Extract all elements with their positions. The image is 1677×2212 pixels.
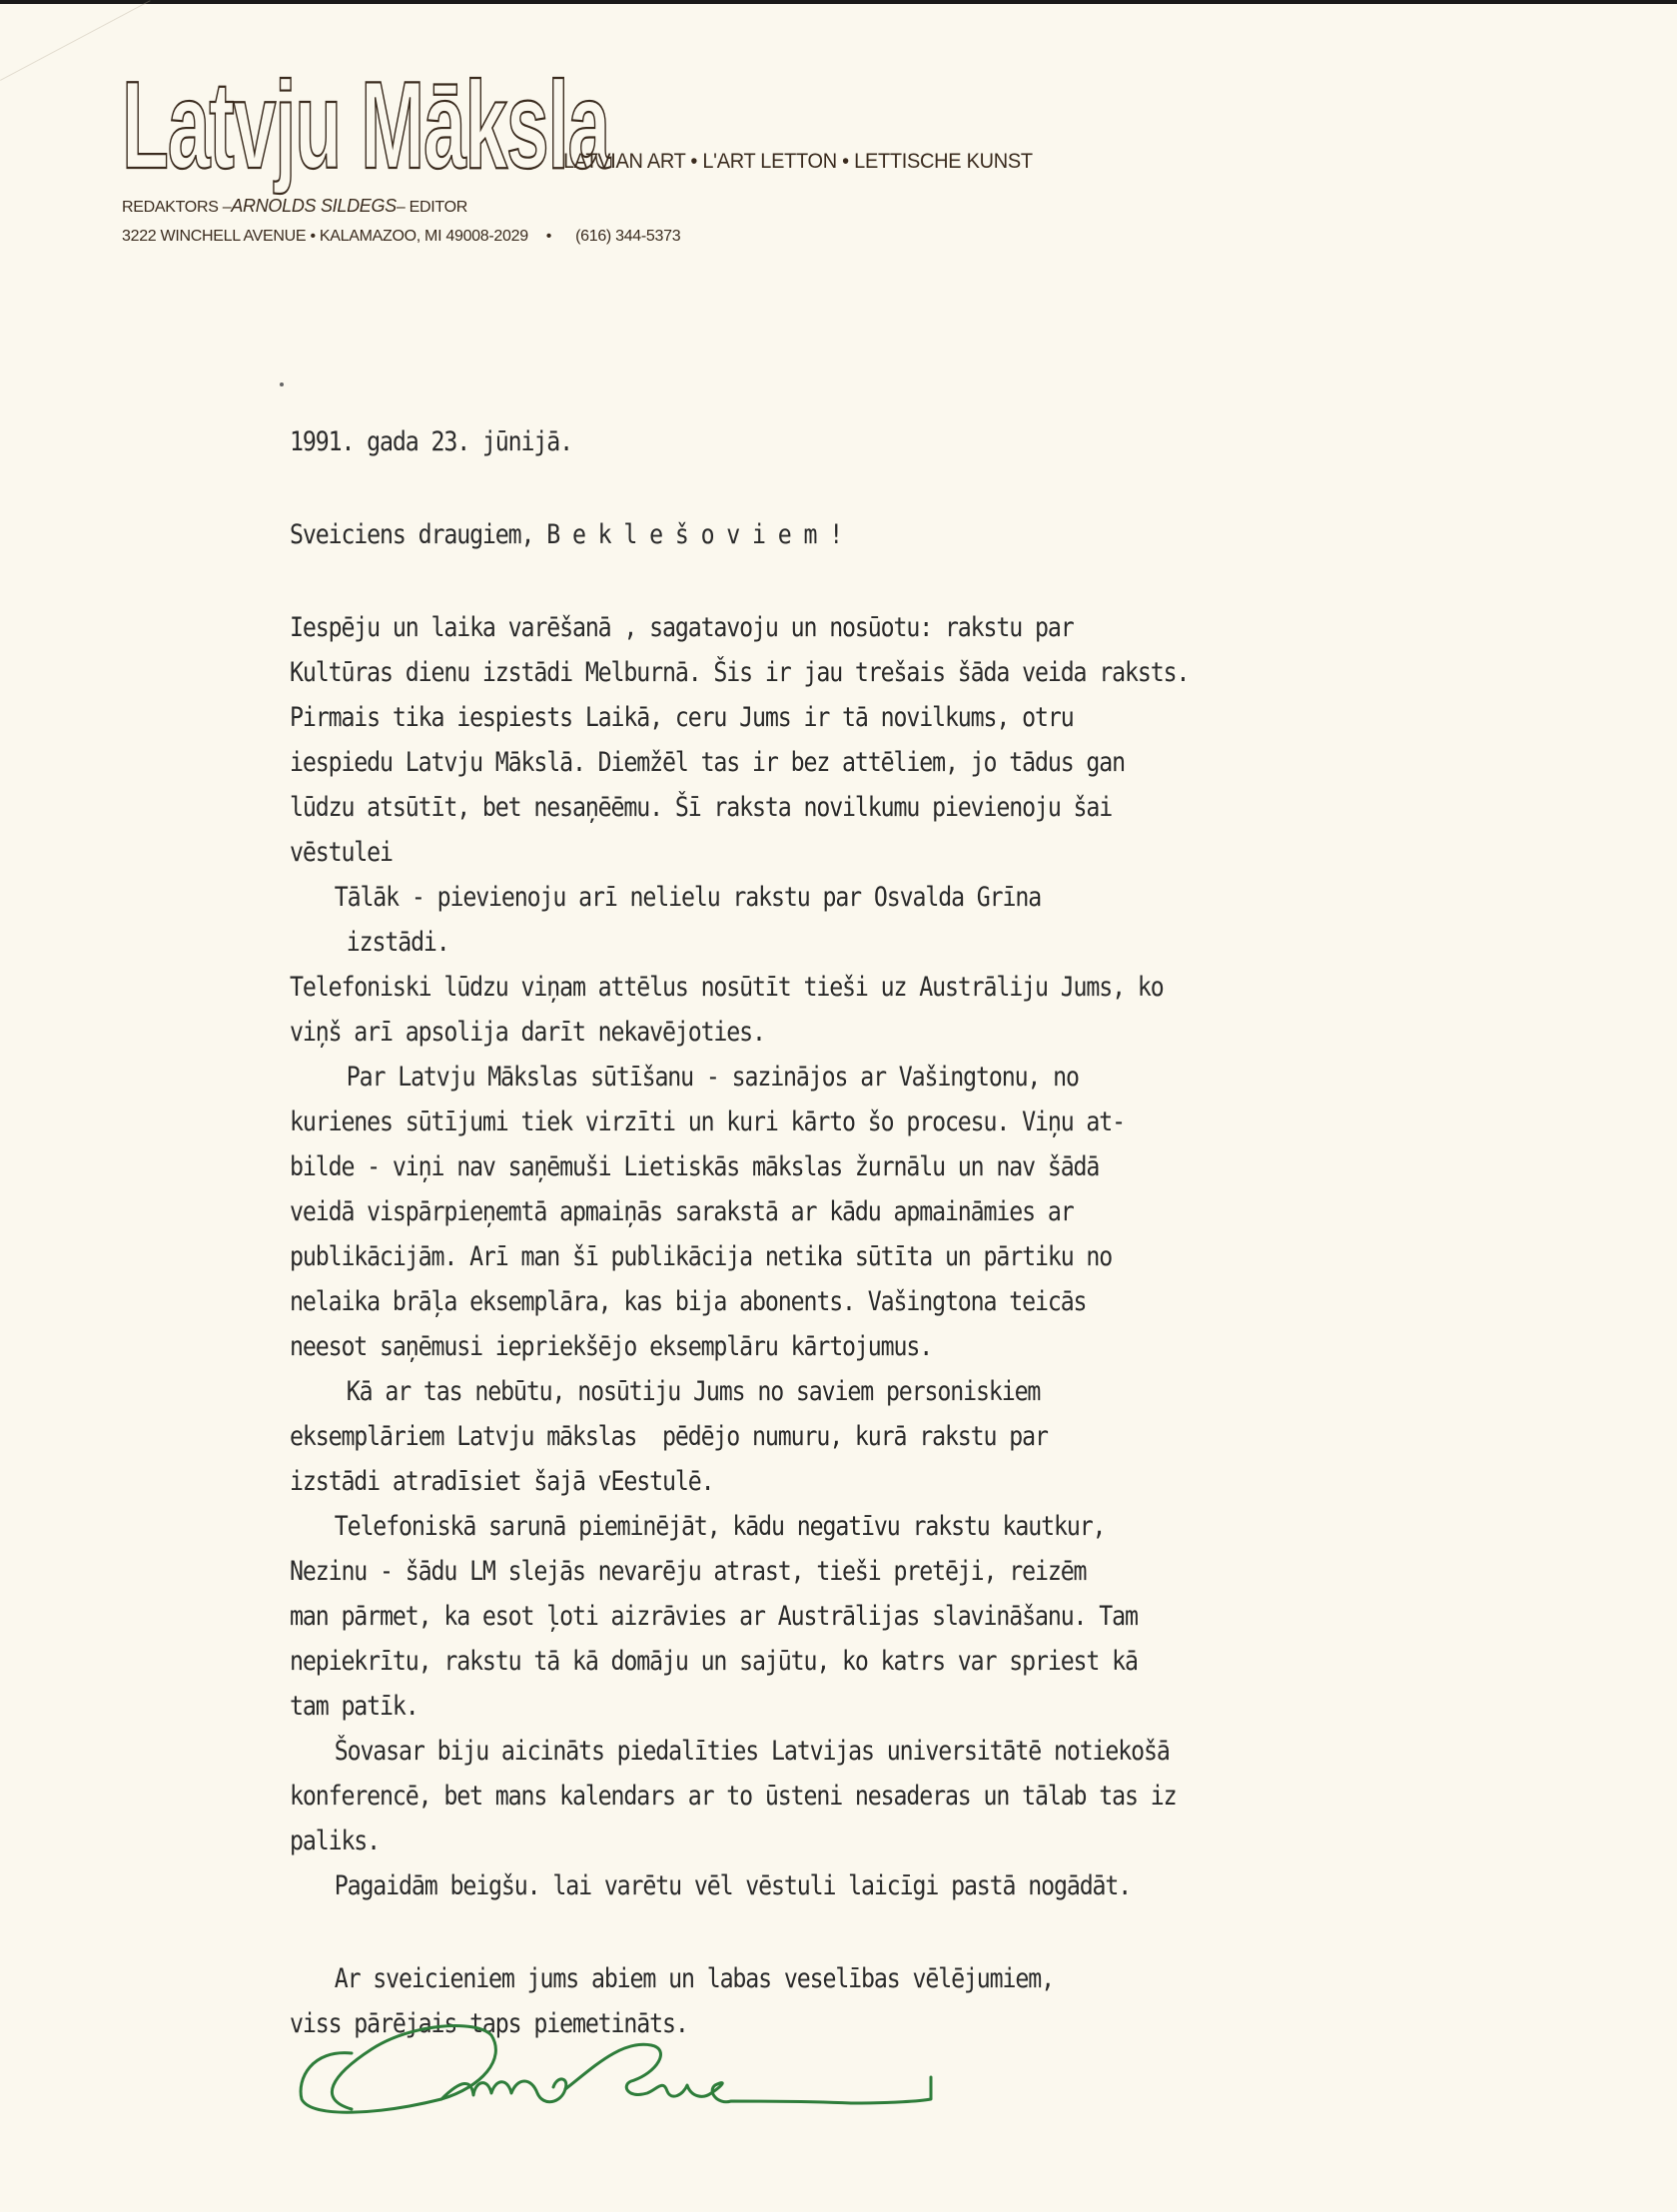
postal-address: 3222 WINCHELL AVENUE • KALAMAZOO, MI 490… bbox=[122, 228, 528, 245]
letter-line: Pirmais tika iespiests Laikā, ceru Jums … bbox=[290, 695, 1372, 740]
letter-line: eksemplāriem Latvju mākslas pēdējo numur… bbox=[290, 1414, 1372, 1459]
letter-line: izstādi. bbox=[290, 920, 1372, 965]
letter-line: nelaika brāļa eksemplāra, kas bija abone… bbox=[290, 1279, 1372, 1324]
paper-speck bbox=[280, 382, 284, 386]
letter-body: 1991. gada 23. jūnijā. Sveiciens draugie… bbox=[290, 419, 1372, 2046]
letter-line: viņš arī apsolija darīt nekavējoties. bbox=[290, 1010, 1372, 1055]
letter-line: paliks. bbox=[290, 1819, 1372, 1863]
letter-line: Nezinu - šādu LM slejās nevarēju atrast,… bbox=[290, 1549, 1372, 1594]
letter-greeting: Sveiciens draugiem, B e k l e š o v i e … bbox=[290, 512, 1372, 557]
letter-line: Ar sveicieniem jums abiem un labas vesel… bbox=[290, 1956, 1372, 2001]
letter-line: Tālāk - pievienoju arī nelielu rakstu pa… bbox=[290, 875, 1372, 920]
letter-line: man pārmet, ka esot ļoti aizrāvies ar Au… bbox=[290, 1594, 1372, 1639]
letter-line: Iespēju un laika varēšanā , sagatavoju u… bbox=[290, 605, 1372, 650]
letter-line: publikācijām. Arī man šī publikācija net… bbox=[290, 1234, 1372, 1279]
letter-line: nepiekrītu, rakstu tā kā domāju un sajūt… bbox=[290, 1639, 1372, 1684]
letter-line: bilde - viņi nav saņēmuši Lietiskās māks… bbox=[290, 1144, 1372, 1189]
handwritten-signature bbox=[292, 2019, 951, 2139]
letter-line: Kā ar tas nebūtu, nosūtiju Jums no savie… bbox=[290, 1369, 1372, 1414]
address-line: 3222 WINCHELL AVENUE • KALAMAZOO, MI 490… bbox=[122, 228, 680, 246]
phone-number: (616) 344-5373 bbox=[575, 228, 680, 245]
letter-line: tam patīk. bbox=[290, 1684, 1372, 1729]
letter-line: izstādi atradīsiet šajā vEestulē. bbox=[290, 1459, 1372, 1504]
letter-date: 1991. gada 23. jūnijā. bbox=[290, 419, 1372, 464]
letter-line: vēstulei bbox=[290, 830, 1372, 875]
letter-paragraphs: Iespēju un laika varēšanā , sagatavoju u… bbox=[290, 605, 1372, 1908]
publication-logo: Latvju Māksla bbox=[122, 64, 609, 188]
letter-line: Telefoniskā sarunā pieminējāt, kādu nega… bbox=[290, 1504, 1372, 1549]
letter-line: Kultūras dienu izstādi Melburnā. Šis ir … bbox=[290, 650, 1372, 695]
letter-line: kurienes sūtījumi tiek virzīti un kuri k… bbox=[290, 1100, 1372, 1144]
bullet-separator: • bbox=[546, 228, 551, 245]
editor-suffix: – EDITOR bbox=[397, 199, 467, 216]
scan-top-edge bbox=[0, 0, 1677, 4]
editor-name: ARNOLDS SILDEGS bbox=[231, 196, 397, 216]
letter-line: iespiedu Latvju Mākslā. Diemžēl tas ir b… bbox=[290, 740, 1372, 785]
letter-line: lūdzu atsūtīt, bet nesaņēēmu. Šī raksta … bbox=[290, 785, 1372, 830]
letter-line: Telefoniski lūdzu viņam attēlus nosūtīt … bbox=[290, 965, 1372, 1010]
editor-prefix: REDAKTORS – bbox=[122, 199, 231, 216]
letter-line: Par Latvju Mākslas sūtīšanu - sazinājos … bbox=[290, 1055, 1372, 1100]
letter-line: Pagaidām beigšu. lai varētu vēl vēstuli … bbox=[290, 1863, 1372, 1908]
editor-line: REDAKTORS –ARNOLDS SILDEGS– EDITOR bbox=[122, 196, 467, 217]
letter-line: neesot saņēmusi iepriekšējo eksemplāru k… bbox=[290, 1324, 1372, 1369]
letter-line: Šovasar biju aicināts piedalīties Latvij… bbox=[290, 1729, 1372, 1774]
letter-line: konferencē, bet mans kalendars ar to ūst… bbox=[290, 1774, 1372, 1819]
letter-line: veidā vispārpieņemtā apmaiņās sarakstā a… bbox=[290, 1189, 1372, 1234]
publication-tagline: LATVIAN ART • L'ART LETTON • LETTISCHE K… bbox=[563, 150, 1033, 174]
